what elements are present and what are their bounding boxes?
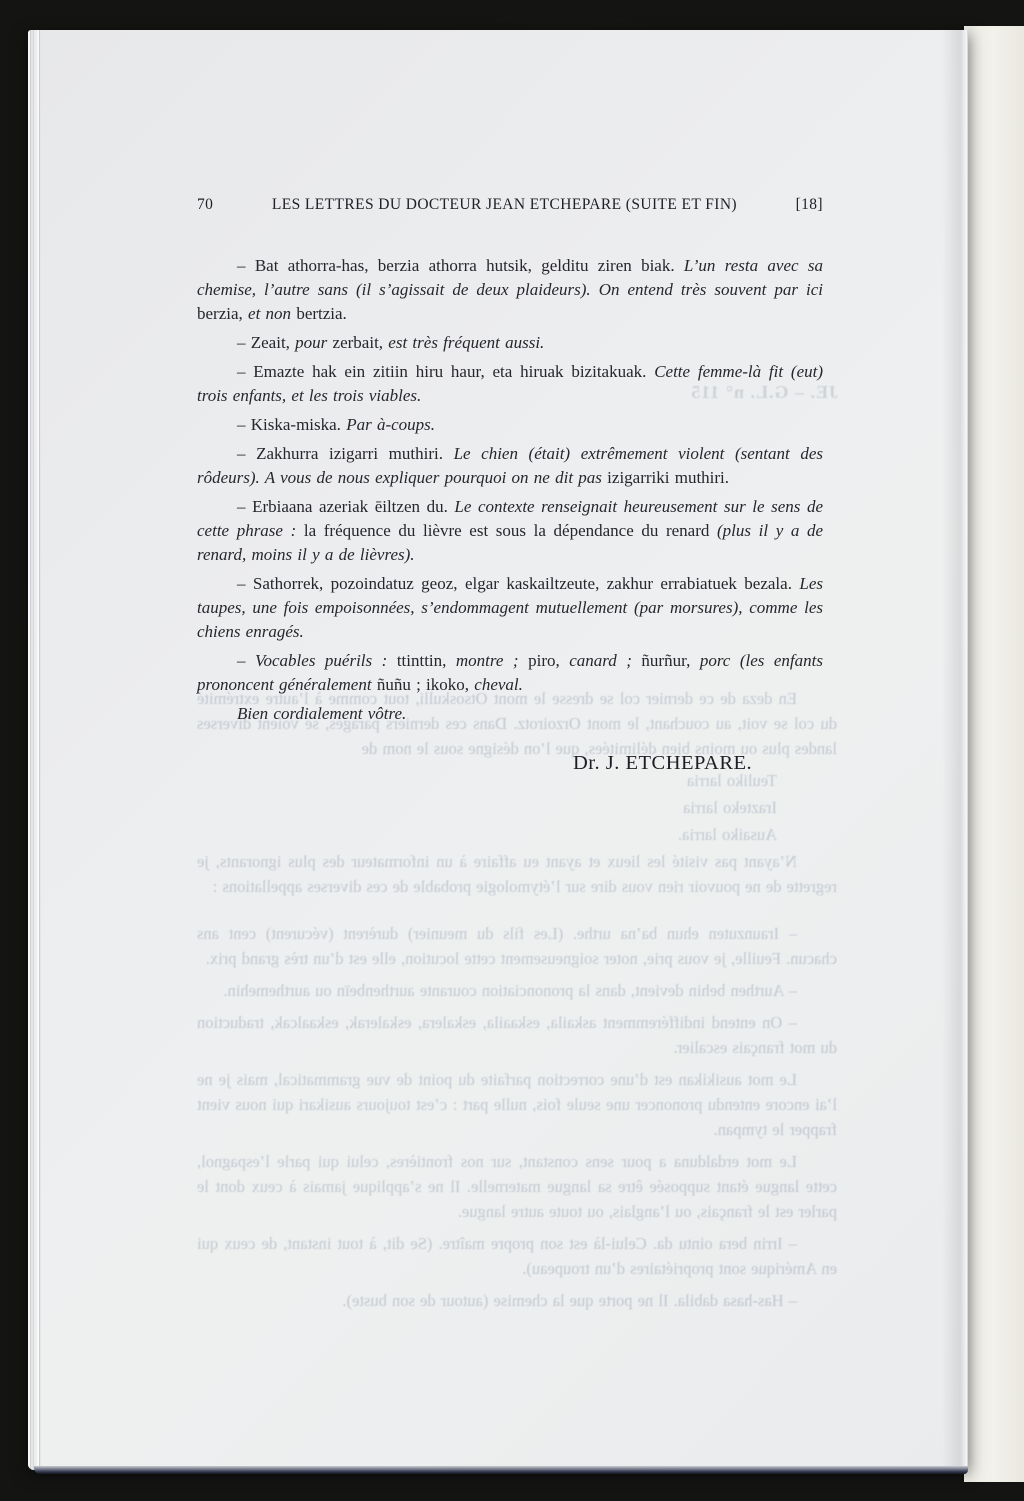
italic-text: cheval. xyxy=(474,675,523,694)
page-stack-edge xyxy=(28,30,41,1470)
roman-text: piro, xyxy=(528,651,569,670)
bleedthrough-line: – Iraunzuten ehun ba’na urthe. (Les fils… xyxy=(197,921,837,971)
italic-text: est très fréquent aussi. xyxy=(388,333,544,352)
roman-text: – Emazte hak ein zitiin hiru haur, eta h… xyxy=(237,362,654,381)
italic-text: et non xyxy=(248,304,296,323)
italic-text: Vocables puérils : xyxy=(255,651,397,670)
roman-text: – Erbiaana azeriak ēiltzen du. xyxy=(237,497,454,516)
paragraph: Bien cordialement vôtre. xyxy=(197,702,823,726)
bleedthrough-line: N’ayant pas visité les lieux et ayant eu… xyxy=(197,849,837,899)
book-page: JE. – G.L. n° 115 En deza de ce dernier … xyxy=(28,30,968,1470)
roman-text: ñuñu ; ikoko, xyxy=(377,675,474,694)
roman-text: – Sathorrek, pozoindatuz geoz, elgar kas… xyxy=(237,574,799,593)
paragraph: – Bat athorra-has, berzia athorra hutsik… xyxy=(197,254,823,326)
running-header: 70 LES LETTRES DU DOCTEUR JEAN ETCHEPARE… xyxy=(197,196,823,214)
bleedthrough-line: – Aurthen behin devient, dans la prononc… xyxy=(197,978,837,1003)
italic-text: montre ; xyxy=(456,651,528,670)
paragraph: – Sathorrek, pozoindatuz geoz, elgar kas… xyxy=(197,572,823,644)
page-content: 70 LES LETTRES DU DOCTEUR JEAN ETCHEPARE… xyxy=(197,196,823,775)
italic-text: Bien cordialement vôtre. xyxy=(237,704,406,723)
bleedthrough-line: Irazteko larria xyxy=(197,795,777,820)
paragraph: – Zeait, pour zerbait, est très fréquent… xyxy=(197,331,823,355)
roman-text: – Zakhurra izigarri muthiri. xyxy=(237,444,454,463)
bleedthrough-line: Le mot ausikikan est d’une correction pa… xyxy=(197,1067,837,1142)
roman-text: la fréquence du lièvre est sous la dépen… xyxy=(304,521,717,540)
paragraph: – Kiska-miska. Par à-coups. xyxy=(197,413,823,437)
paragraph: – Zakhurra izigarri muthiri. Le chien (é… xyxy=(197,442,823,490)
roman-text: – Kiska-miska. xyxy=(237,415,346,434)
roman-text: berzia, xyxy=(197,304,248,323)
roman-text: ñurñur, xyxy=(641,651,699,670)
page-fold-crease xyxy=(942,30,968,1470)
roman-text: bertzia. xyxy=(296,304,347,323)
bleedthrough-line: Le mot erdalduna a pour sens constant, s… xyxy=(197,1149,837,1224)
roman-text: – xyxy=(237,651,255,670)
letter-body: – Bat athorra-has, berzia athorra hutsik… xyxy=(197,254,823,726)
italic-text: canard ; xyxy=(569,651,641,670)
bleedthrough-line: – Has-hasa dabila. Il ne porte que la ch… xyxy=(197,1288,837,1313)
roman-text: ttinttin, xyxy=(397,651,456,670)
bleedthrough-line: Ausaiko larria. xyxy=(197,822,777,847)
running-title: LES LETTRES DU DOCTEUR JEAN ETCHEPARE (S… xyxy=(213,196,795,214)
paragraph: – Emazte hak ein zitiin hiru haur, eta h… xyxy=(197,360,823,408)
italic-text: Par à-coups. xyxy=(346,415,435,434)
header-reference: [18] xyxy=(796,196,823,214)
bleedthrough-line: – On entend indifféremment askaila, eska… xyxy=(197,1010,837,1060)
italic-text: pour xyxy=(295,333,332,352)
paragraph: – Erbiaana azeriak ēiltzen du. Le contex… xyxy=(197,495,823,567)
bleedthrough-line: – Irrin bera ointu da. Celui-là est son … xyxy=(197,1231,837,1281)
signature: Dr. J. ETCHEPARE. xyxy=(197,752,823,775)
roman-text: – Bat athorra-has, berzia athorra hutsik… xyxy=(237,256,684,275)
next-page-edge xyxy=(964,26,1024,1482)
page-number: 70 xyxy=(197,196,213,214)
roman-text: izigarriki muthiri. xyxy=(607,468,729,487)
paragraph: – Vocables puérils : ttinttin, montre ; … xyxy=(197,649,823,697)
roman-text: – Zeait, xyxy=(237,333,295,352)
book-scan-photo: JE. – G.L. n° 115 En deza de ce dernier … xyxy=(0,0,1024,1501)
bleedthrough-text: En deza de ce dernier col se dresse le m… xyxy=(197,686,837,1320)
roman-text: zerbait, xyxy=(333,333,389,352)
page-bottom-edge xyxy=(34,1466,968,1474)
